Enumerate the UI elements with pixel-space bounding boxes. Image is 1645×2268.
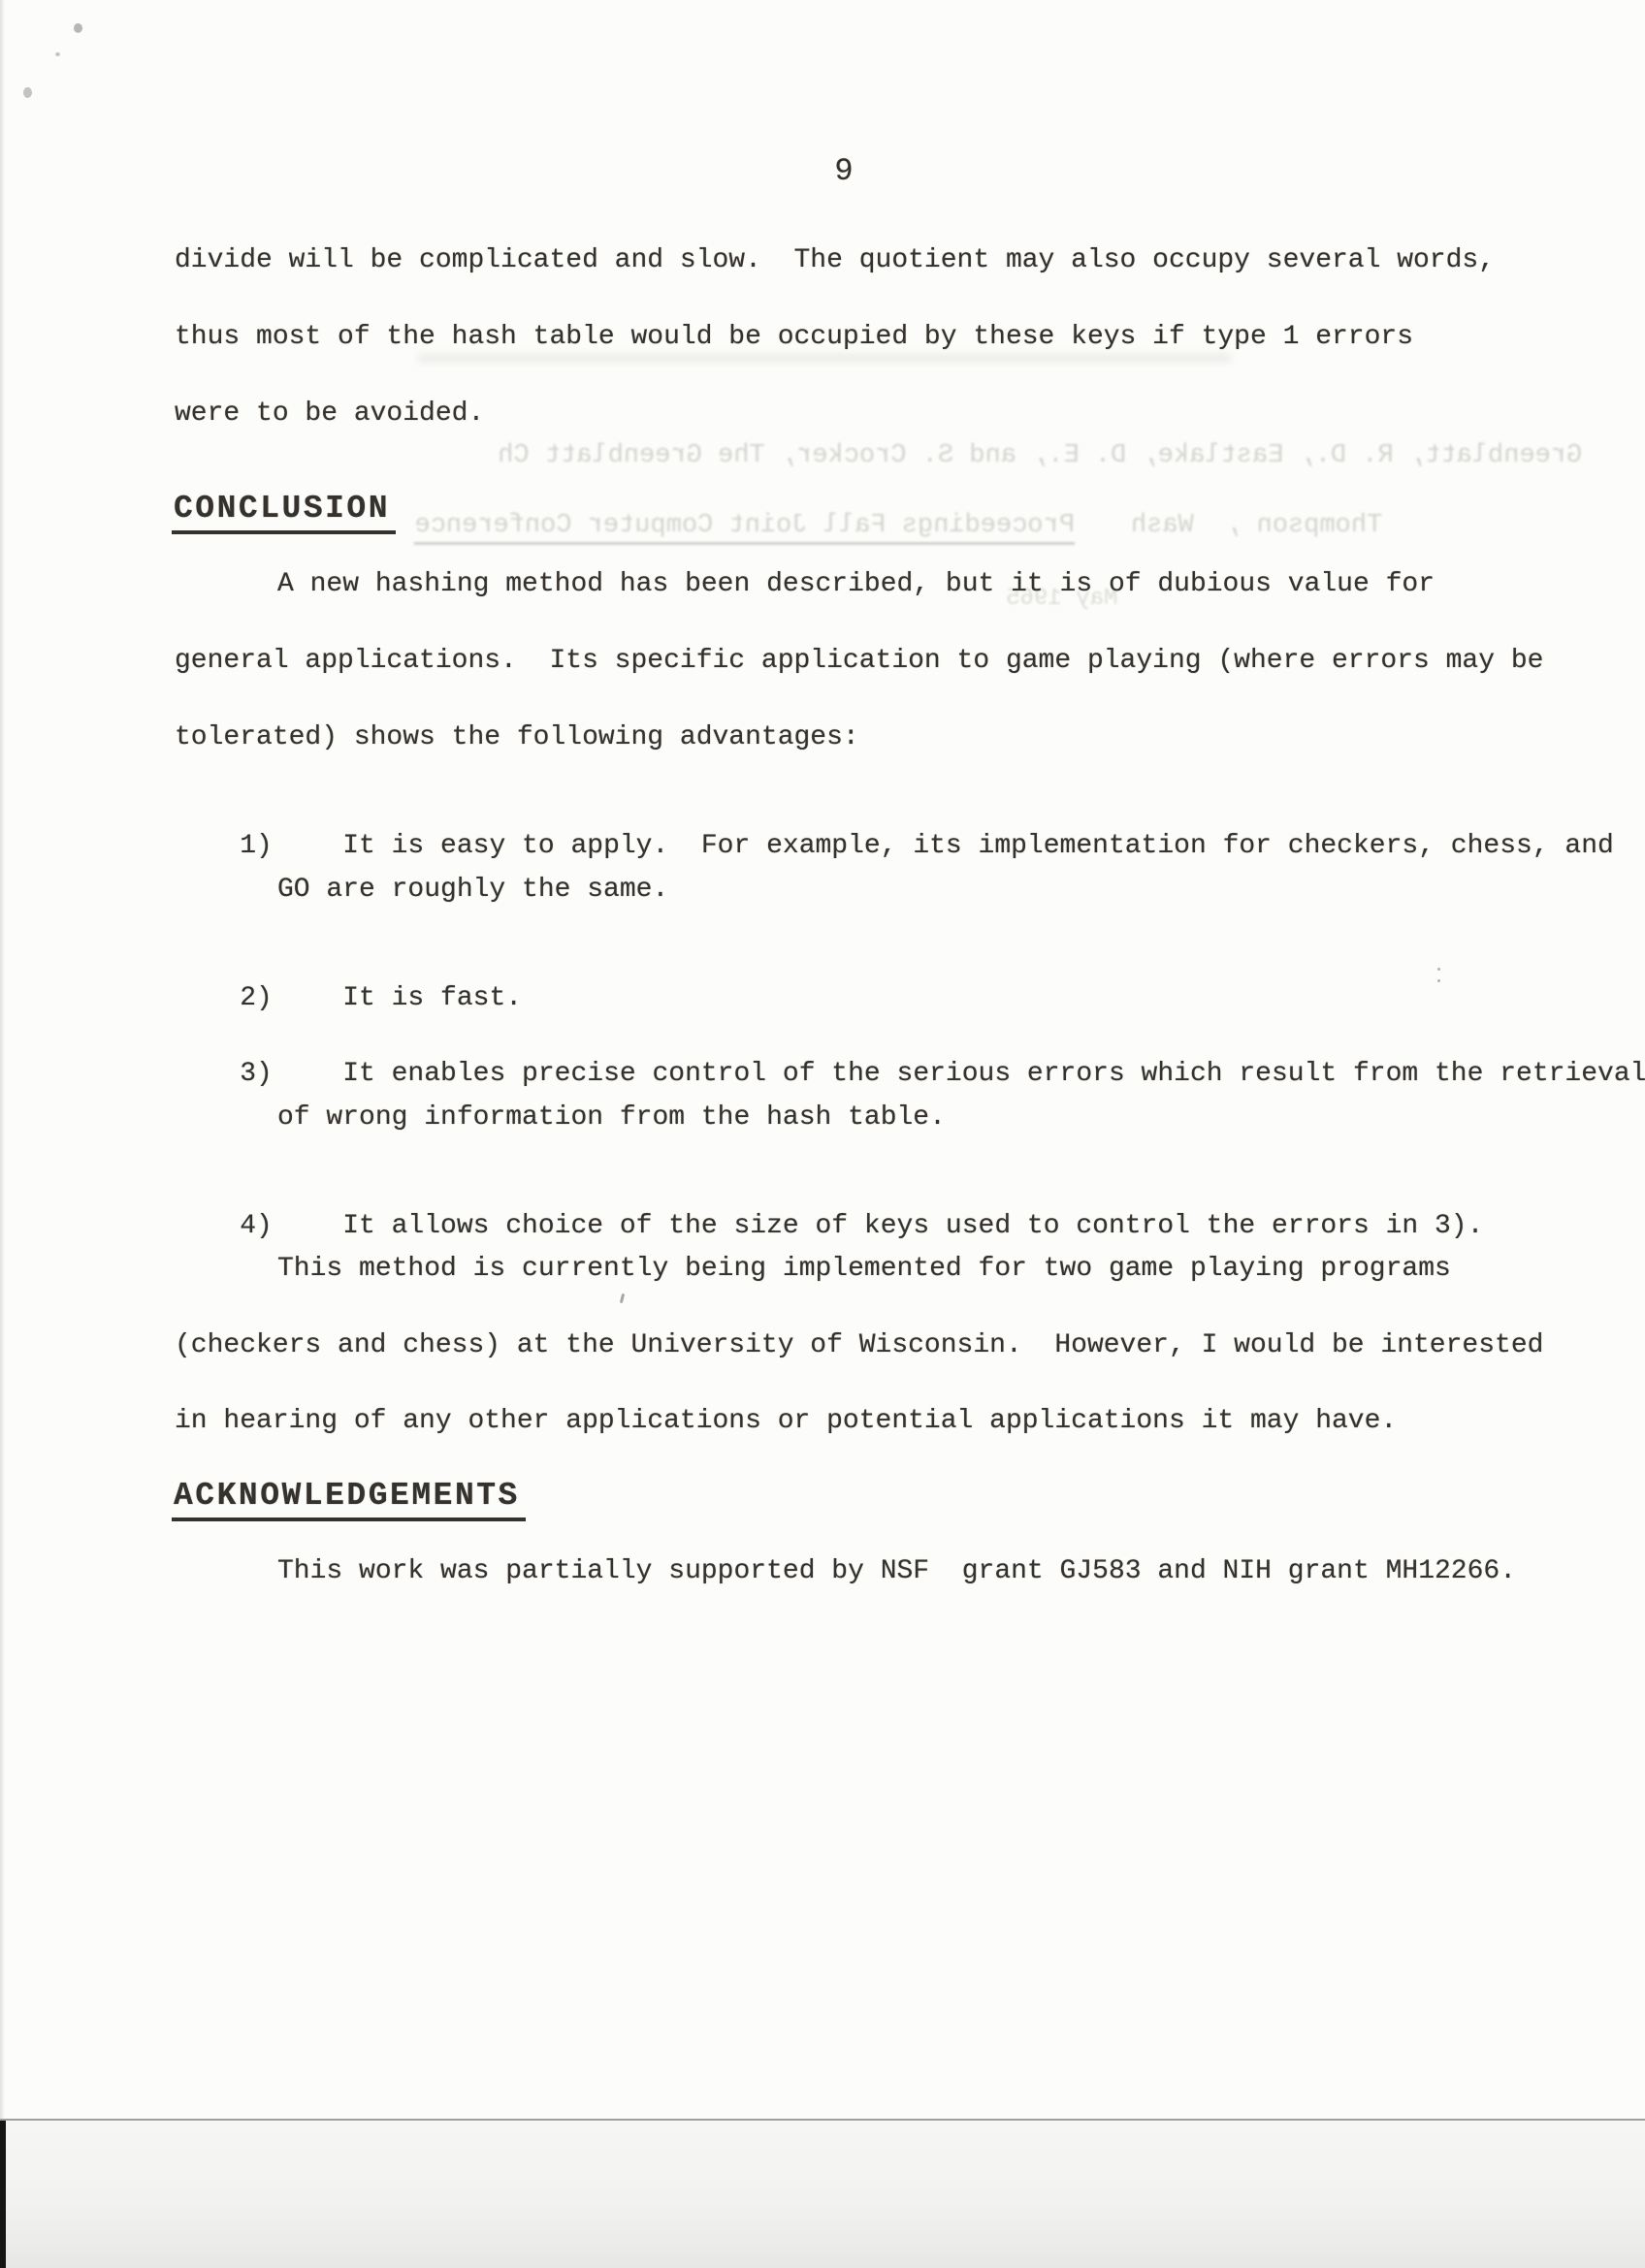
body-line: This method is currently being implement… (277, 1253, 1451, 1286)
section-heading-acknowledgements: ACKNOWLEDGEMENTS (172, 1478, 526, 1521)
list-item-1-continuation: GO are roughly the same. (277, 874, 668, 907)
scan-speck (74, 23, 82, 33)
scan-speck (620, 1294, 625, 1303)
list-item-3-continuation: of wrong information from the hash table… (277, 1102, 946, 1134)
body-line: (checkers and chess) at the University o… (175, 1329, 1543, 1362)
list-item-text: It is easy to apply. For example, its im… (342, 831, 1614, 861)
list-item-text: It enables precise control of the seriou… (342, 1059, 1645, 1089)
body-line: thus most of the hash table would be occ… (175, 321, 1413, 354)
body-line: divide will be complicated and slow. The… (175, 244, 1495, 277)
body-line: were to be avoided. (175, 398, 484, 431)
bleedthrough-smudge (417, 353, 1232, 363)
list-item-text: It allows choice of the size of keys use… (342, 1211, 1483, 1241)
page-number: 9 (813, 153, 875, 189)
section-heading-conclusion: CONCLUSION (172, 491, 396, 534)
body-line: tolerated) shows the following advantage… (175, 721, 859, 754)
body-line: This work was partially supported by NSF… (277, 1555, 1516, 1588)
paper-left-edge (0, 0, 5, 2121)
list-item-number: 4) (240, 1210, 342, 1243)
scan-speck (23, 87, 32, 98)
bleedthrough-text: Greenblatt, R. D., Eastlake, D. E., and … (498, 441, 1582, 470)
list-item-number: 2) (240, 982, 342, 1015)
body-line: A new hashing method has been described,… (277, 568, 1435, 601)
bleedthrough-underlined-title: Proceedings Fall Joint Computer Conferen… (414, 511, 1075, 545)
scan-speck (1437, 968, 1440, 971)
binder-edge-strip (0, 2121, 6, 2268)
page-bottom-band (0, 2121, 1645, 2268)
list-item-text: It is fast. (342, 983, 522, 1013)
bleedthrough-line-title: Thompson , WashProceedings Fall Joint Co… (417, 479, 1445, 572)
scan-speck (55, 52, 60, 56)
list-item-number: 1) (240, 830, 342, 863)
scanned-typewritten-page: Greenblatt, R. D., Eastlake, D. E., and … (0, 0, 1645, 2268)
body-line: in hearing of any other applications or … (175, 1405, 1397, 1438)
body-line: general applications. Its specific appli… (175, 645, 1543, 678)
list-item-number: 3) (240, 1058, 342, 1091)
bleedthrough-text: Thompson , Wash (1131, 510, 1382, 541)
